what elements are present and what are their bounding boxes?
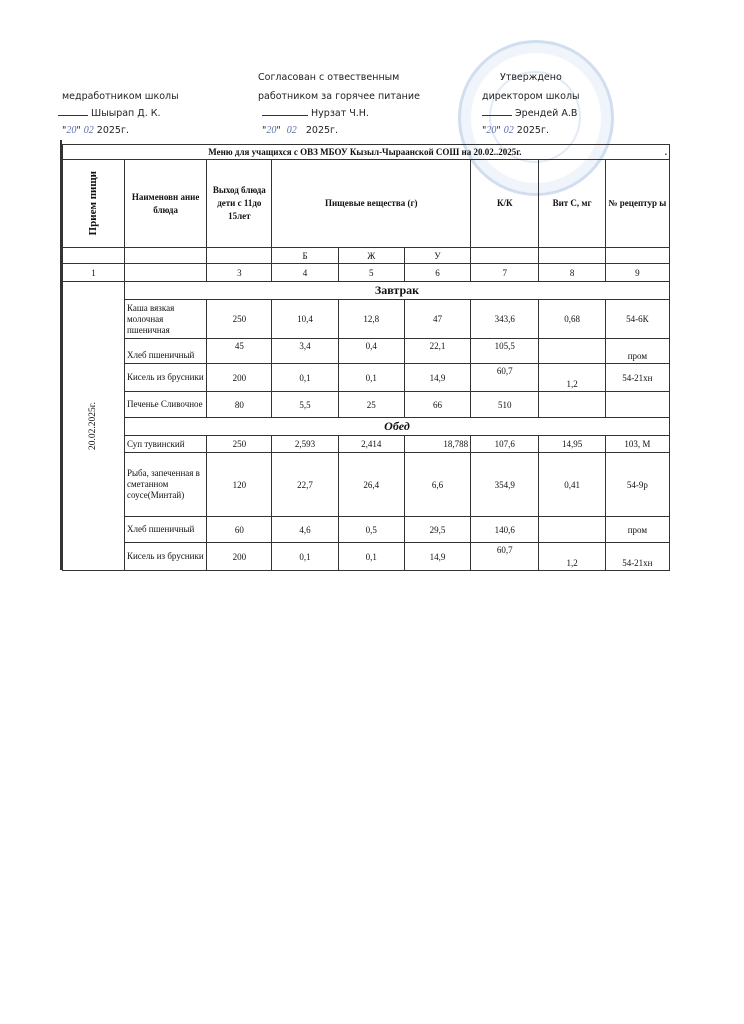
protein: 0,1 bbox=[272, 543, 338, 571]
subheader-empty bbox=[207, 248, 272, 264]
director-date-month: 02 bbox=[504, 125, 514, 136]
col-num-3: 3 bbox=[207, 264, 272, 282]
kcal: 140,6 bbox=[471, 517, 539, 543]
header-meal: Прием пищи bbox=[63, 160, 125, 248]
portion: 80 bbox=[207, 392, 272, 418]
title-trailing-mark: . bbox=[665, 147, 667, 157]
protein: 0,1 bbox=[272, 364, 338, 392]
subheader-empty bbox=[471, 248, 539, 264]
dish-name: Суп тувинский bbox=[124, 436, 206, 453]
carbs: 66 bbox=[404, 392, 470, 418]
protein: 10,4 bbox=[272, 300, 338, 339]
fat: 2,414 bbox=[338, 436, 404, 453]
carbs: 14,9 bbox=[404, 364, 470, 392]
table-row: Хлеб пшеничный 45 3,4 0,4 22,1 105,5 про… bbox=[63, 339, 670, 364]
protein: 3,4 bbox=[272, 339, 338, 364]
kcal: 105,5 bbox=[471, 339, 539, 364]
table-row: Суп тувинский 250 2,593 2,414 18,788 107… bbox=[63, 436, 670, 453]
col-num-9: 9 bbox=[605, 264, 669, 282]
medical-name: Шыырап Д. К. bbox=[91, 108, 160, 119]
dish-name: Печенье Сливочное bbox=[124, 392, 206, 418]
protein: 4,6 bbox=[272, 517, 338, 543]
kcal: 354,9 bbox=[471, 453, 539, 517]
vitc bbox=[539, 517, 605, 543]
fat: 25 bbox=[338, 392, 404, 418]
hot-meals-signature-line: Нурзат Ч.Н. bbox=[262, 108, 369, 119]
vitc: 1,2 bbox=[539, 543, 605, 571]
signature-blank bbox=[262, 115, 308, 116]
hot-meals-date-year: 2025г. bbox=[306, 125, 338, 136]
recipe: 54-21хн bbox=[605, 364, 669, 392]
header-meal-text: Прием пищи bbox=[87, 171, 99, 235]
portion: 250 bbox=[207, 436, 272, 453]
director-date-day: 20 bbox=[486, 125, 496, 136]
vitc bbox=[539, 392, 605, 418]
director-date: "20" 02 2025г. bbox=[482, 125, 549, 136]
portion: 120 bbox=[207, 453, 272, 517]
carbs: 6,6 bbox=[404, 453, 470, 517]
recipe: пром bbox=[605, 517, 669, 543]
director-name: Эрендей А.В bbox=[515, 108, 577, 119]
section-breakfast: Завтрак bbox=[124, 282, 669, 300]
date-label: 20.02.2025г. bbox=[88, 402, 98, 450]
dish-name: Кисель из брусники bbox=[124, 364, 206, 392]
medical-signature-line: Шыырап Д. К. bbox=[58, 108, 161, 119]
header-nutrients: Пищевые вещества (г) bbox=[272, 160, 471, 248]
col-num-6: 6 bbox=[404, 264, 470, 282]
hot-meals-approval-line1: Согласован с отвественным bbox=[258, 72, 399, 83]
carbs: 47 bbox=[404, 300, 470, 339]
table-row: Печенье Сливочное 80 5,5 25 66 510 bbox=[63, 392, 670, 418]
subheader-empty bbox=[539, 248, 605, 264]
table-row: Каша вязкая молочная пшеничная 250 10,4 … bbox=[63, 300, 670, 339]
medical-approval-line2: медработником школы bbox=[62, 91, 179, 102]
header-dish: Наименовн ание блюда bbox=[124, 160, 206, 248]
dish-name: Кисель из брусники bbox=[124, 543, 206, 571]
col-num-2 bbox=[124, 264, 206, 282]
recipe: 54-21хн bbox=[605, 543, 669, 571]
signature-blank bbox=[482, 115, 512, 116]
carbs: 29,5 bbox=[404, 517, 470, 543]
vitc: 14,95 bbox=[539, 436, 605, 453]
header-portion: Выход блюда дети с 11до 15лет bbox=[207, 160, 272, 248]
subheader-empty bbox=[63, 248, 125, 264]
subheader-empty bbox=[605, 248, 669, 264]
director-approval-line2: директором школы bbox=[482, 91, 580, 102]
col-num-8: 8 bbox=[539, 264, 605, 282]
carbs: 22,1 bbox=[404, 339, 470, 364]
recipe: 103, М bbox=[605, 436, 669, 453]
portion: 200 bbox=[207, 364, 272, 392]
fat: 0,1 bbox=[338, 543, 404, 571]
header-vitc: Вит С, мг bbox=[539, 160, 605, 248]
date-cell: 20.02.2025г. bbox=[63, 282, 125, 571]
carbs: 18,788 bbox=[404, 436, 470, 453]
director-signature-line: Эрендей А.В bbox=[482, 108, 577, 119]
section-lunch: Обед bbox=[124, 418, 669, 436]
recipe: 54-6К bbox=[605, 300, 669, 339]
portion: 60 bbox=[207, 517, 272, 543]
protein: 22,7 bbox=[272, 453, 338, 517]
kcal: 343,6 bbox=[471, 300, 539, 339]
table-row: Хлеб пшеничный 60 4,6 0,5 29,5 140,6 про… bbox=[63, 517, 670, 543]
col-num-5: 5 bbox=[338, 264, 404, 282]
section-lunch-row: Обед bbox=[63, 418, 670, 436]
dish-name: Каша вязкая молочная пшеничная bbox=[124, 300, 206, 339]
fat: 26,4 bbox=[338, 453, 404, 517]
recipe: 54-9р bbox=[605, 453, 669, 517]
medical-date-year: 2025г. bbox=[97, 125, 129, 136]
signature-blank bbox=[58, 115, 88, 116]
fat: 0,4 bbox=[338, 339, 404, 364]
dish-name: Хлеб пшеничный bbox=[124, 339, 206, 364]
col-num-4: 4 bbox=[272, 264, 338, 282]
kcal: 60,7 bbox=[471, 364, 539, 392]
portion: 200 bbox=[207, 543, 272, 571]
kcal: 107,6 bbox=[471, 436, 539, 453]
protein: 2,593 bbox=[272, 436, 338, 453]
hot-meals-name: Нурзат Ч.Н. bbox=[311, 108, 369, 119]
vitc: 0,68 bbox=[539, 300, 605, 339]
kcal: 60,7 bbox=[471, 543, 539, 571]
vitc: 1,2 bbox=[539, 364, 605, 392]
col-num-1: 1 bbox=[63, 264, 125, 282]
table-row: Кисель из брусники 200 0,1 0,1 14,9 60,7… bbox=[63, 543, 670, 571]
vitc: 0,41 bbox=[539, 453, 605, 517]
header-row: Прием пищи Наименовн ание блюда Выход бл… bbox=[63, 160, 670, 248]
menu-table: Меню для учащихся с ОВЗ МБОУ Кызыл-Чыраа… bbox=[62, 144, 670, 571]
hot-meals-date: "20" 02 2025г. bbox=[262, 125, 338, 136]
subheader-row: Б Ж У bbox=[63, 248, 670, 264]
hot-meals-date-day: 20 bbox=[266, 125, 276, 136]
dish-name: Рыба, запеченная в сметанном соусе(Минта… bbox=[124, 453, 206, 517]
header-kcal: К/К bbox=[471, 160, 539, 248]
title-row: Меню для учащихся с ОВЗ МБОУ Кызыл-Чыраа… bbox=[63, 145, 670, 160]
recipe bbox=[605, 392, 669, 418]
subheader-empty bbox=[124, 248, 206, 264]
kcal: 510 bbox=[471, 392, 539, 418]
protein: 5,5 bbox=[272, 392, 338, 418]
portion: 250 bbox=[207, 300, 272, 339]
menu-title-text: Меню для учащихся с ОВЗ МБОУ Кызыл-Чыраа… bbox=[208, 147, 521, 157]
portion: 45 bbox=[207, 339, 272, 364]
header-recipe: № рецептур ы bbox=[605, 160, 669, 248]
subheader-protein: Б bbox=[272, 248, 338, 264]
hot-meals-date-month: 02 bbox=[287, 125, 297, 136]
medical-date-day: 20 bbox=[66, 125, 76, 136]
recipe: пром bbox=[605, 339, 669, 364]
medical-date: "20" 02 2025г. bbox=[62, 125, 129, 136]
dish-name: Хлеб пшеничный bbox=[124, 517, 206, 543]
fat: 0,1 bbox=[338, 364, 404, 392]
vitc bbox=[539, 339, 605, 364]
menu-title: Меню для учащихся с ОВЗ МБОУ Кызыл-Чыраа… bbox=[63, 145, 670, 160]
table-row: Рыба, запеченная в сметанном соусе(Минта… bbox=[63, 453, 670, 517]
medical-date-month: 02 bbox=[84, 125, 94, 136]
hot-meals-approval-line2: работником за горячее питание bbox=[258, 91, 420, 102]
section-breakfast-row: 20.02.2025г. Завтрак bbox=[63, 282, 670, 300]
carbs: 14,9 bbox=[404, 543, 470, 571]
col-num-7: 7 bbox=[471, 264, 539, 282]
director-date-year: 2025г. bbox=[517, 125, 549, 136]
table-row: Кисель из брусники 200 0,1 0,1 14,9 60,7… bbox=[63, 364, 670, 392]
director-approval-line1: Утверждено bbox=[500, 72, 562, 83]
fat: 12,8 bbox=[338, 300, 404, 339]
subheader-fat: Ж bbox=[338, 248, 404, 264]
column-number-row: 1 3 4 5 6 7 8 9 bbox=[63, 264, 670, 282]
fat: 0,5 bbox=[338, 517, 404, 543]
subheader-carbs: У bbox=[404, 248, 470, 264]
